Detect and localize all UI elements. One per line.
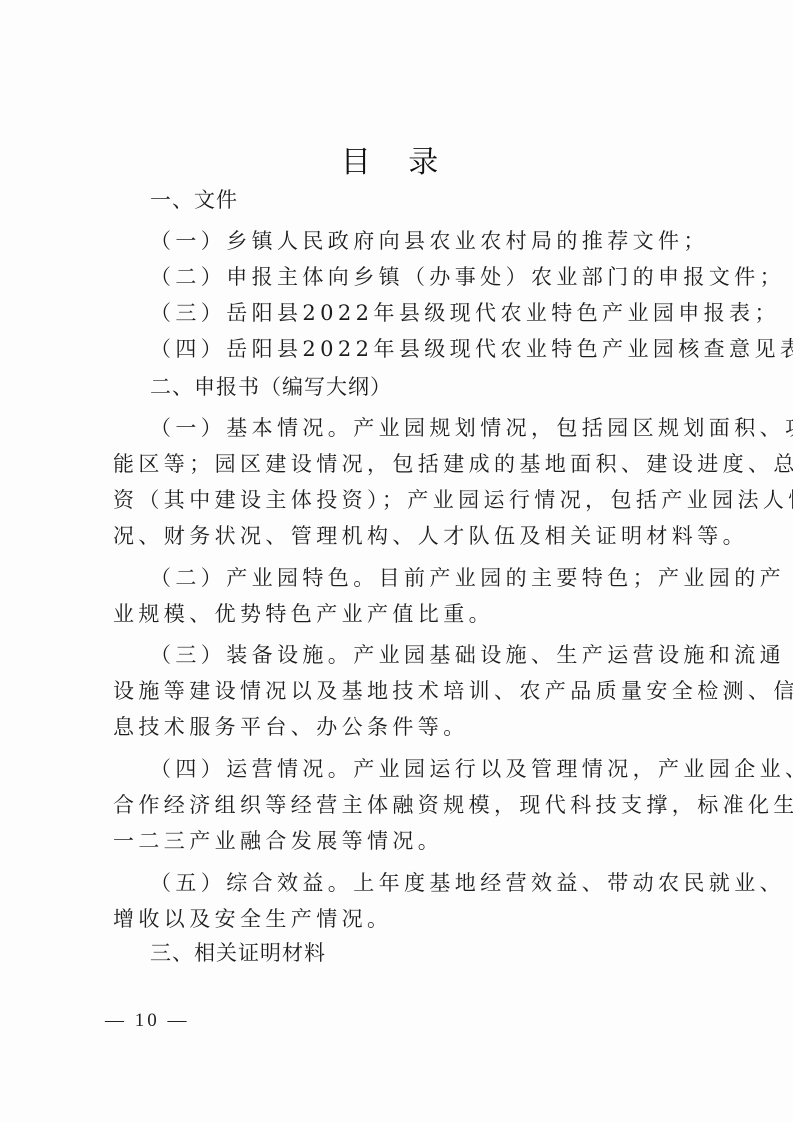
paragraph-line: 息技术服务平台、办公条件等。 — [113, 712, 713, 742]
page-title: 目 录 — [0, 143, 793, 183]
paragraph-line: 能区等；园区建设情况，包括建成的基地面积、建设进度、总投 — [113, 449, 713, 479]
paragraph-line: 资（其中建设主体投资）；产业园运行情况，包括产业园法人情 — [113, 485, 713, 515]
list-item: （四）岳阳县2022年县级现代农业特色产业园核查意见表。 — [150, 334, 750, 364]
paragraph-line: 合作经济组织等经营主体融资规模，现代科技支撑，标准化生产、 — [113, 790, 713, 820]
section-heading-documents: 一、文件 — [150, 185, 750, 215]
paragraph-line: （五）综合效益。上年度基地经营效益、带动农民就业、 — [150, 868, 750, 898]
paragraph-line: 设施等建设情况以及基地技术培训、农产品质量安全检测、信 — [113, 676, 713, 706]
list-item: （一）乡镇人民政府向县农业农村局的推荐文件； — [150, 226, 750, 256]
section-heading-supporting-materials: 三、相关证明材料 — [150, 938, 750, 968]
section-heading-application: 二、申报书（编写大纲） — [150, 372, 750, 402]
paragraph-line: （四）运营情况。产业园运行以及管理情况，产业园企业、 — [150, 754, 750, 784]
list-item: （二）申报主体向乡镇（办事处）农业部门的申报文件； — [150, 262, 750, 292]
list-item: （三）岳阳县2022年县级现代农业特色产业园申报表； — [150, 298, 750, 328]
paragraph-line: （一）基本情况。产业园规划情况，包括园区规划面积、功 — [150, 413, 750, 443]
paragraph-line: 增收以及安全生产情况。 — [113, 904, 713, 934]
document-page: 目 录 一、文件 （一）乡镇人民政府向县农业农村局的推荐文件； （二）申报主体向… — [0, 0, 793, 1122]
paragraph-line: 况、财务状况、管理机构、人才队伍及相关证明材料等。 — [113, 521, 713, 551]
paragraph-line: （三）装备设施。产业园基础设施、生产运营设施和流通 — [150, 640, 750, 670]
paragraph-line: 业规模、优势特色产业产值比重。 — [113, 599, 713, 629]
paragraph-line: （二）产业园特色。目前产业园的主要特色；产业园的产 — [150, 563, 750, 593]
page-number: — 10 — — [105, 1010, 190, 1032]
paragraph-line: 一二三产业融合发展等情况。 — [113, 826, 713, 856]
